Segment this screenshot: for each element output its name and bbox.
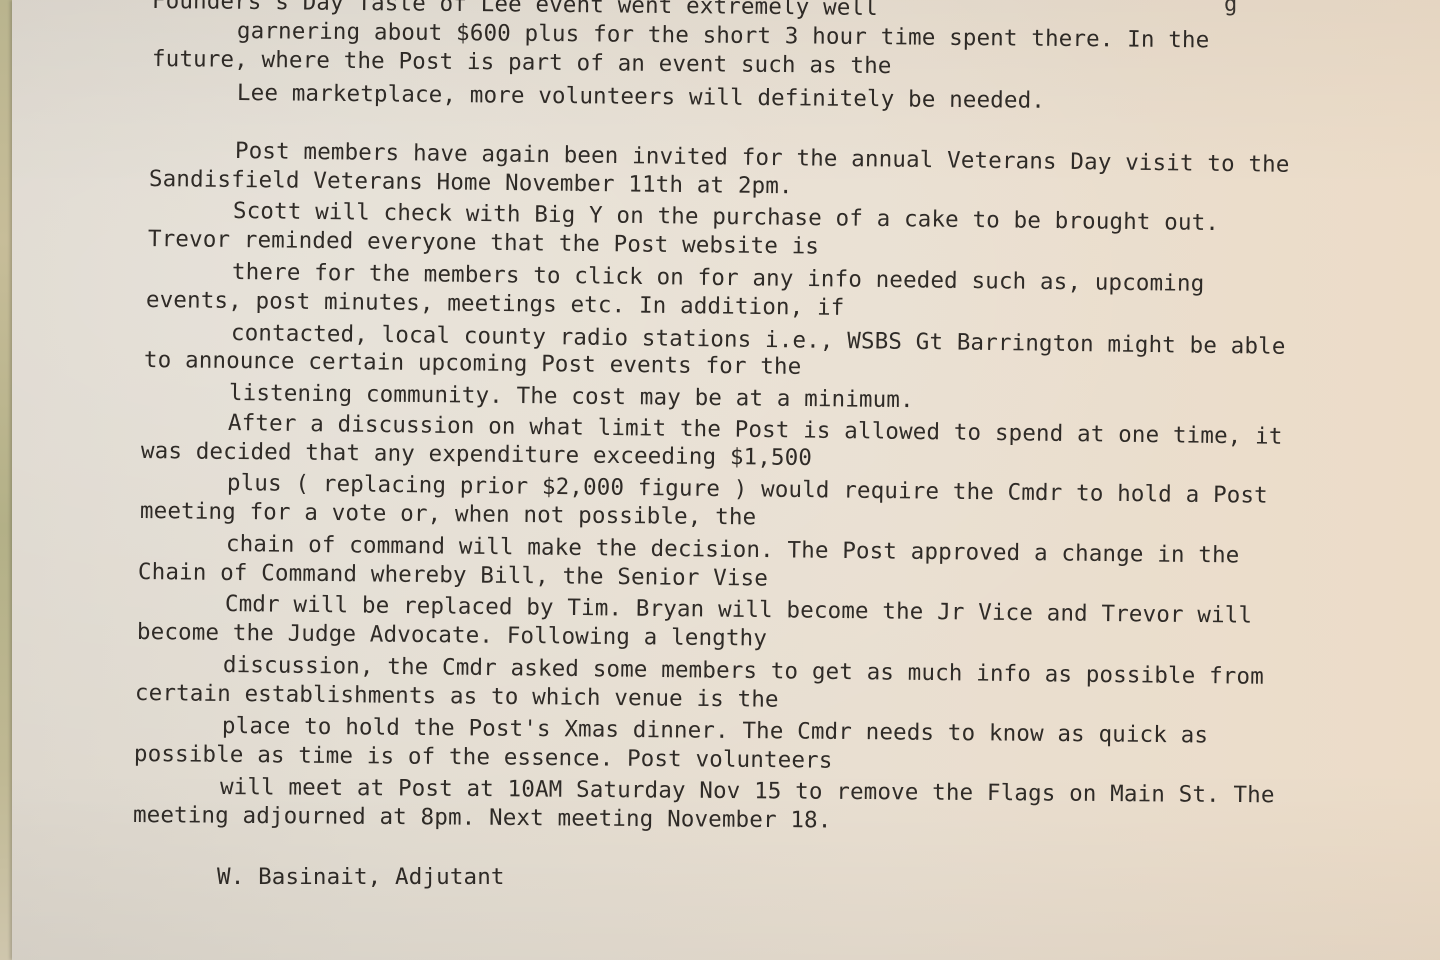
cut-off-text-fragment: g (1224, 0, 1237, 17)
minutes-line: to announce certain upcoming Post events… (144, 347, 802, 380)
minutes-line: future, where the Post is part of an eve… (152, 46, 892, 79)
minutes-line: events, post minutes, meetings etc. In a… (146, 287, 845, 321)
minutes-line: become the Judge Advocate. Following a l… (137, 619, 767, 652)
minutes-line: certain establishments as to which venue… (135, 680, 779, 713)
minutes-line: Sandisfield Veterans Home November 11th … (149, 166, 793, 199)
minutes-line: Chain of Command whereby Bill, the Senio… (138, 559, 768, 592)
minutes-line: possible as time is of the essence. Post… (134, 741, 833, 774)
minutes-line: meeting adjourned at 8pm. Next meeting N… (133, 802, 832, 833)
minutes-line: meeting for a vote or, when not possible… (140, 498, 757, 530)
minutes-line: Trevor reminded everyone that the Post w… (148, 226, 819, 260)
minutes-line: listening community. The cost may be at … (229, 380, 914, 413)
minutes-line: was decided that any expenditure exceedi… (141, 438, 812, 471)
document-page: g Founders's Day Taste of Lee event went… (12, 0, 1440, 960)
signature: W. Basinait, Adjutant (217, 864, 505, 890)
minutes-line: Lee marketplace, more volunteers will de… (237, 80, 1045, 114)
